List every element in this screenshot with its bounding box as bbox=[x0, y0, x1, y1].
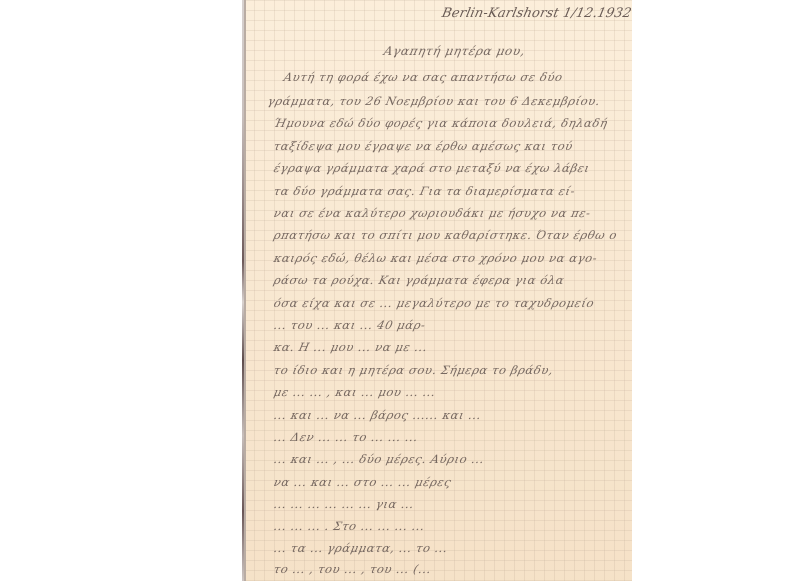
letter-line-13: κα. Η ... μου ... να με ... bbox=[273, 340, 429, 354]
letter-line-21: ... ... ... . Στο ... ... ... ... bbox=[273, 519, 427, 533]
letter-page: Berlin-Karlshorst 1/12.1932 Αγαπητή μητέ… bbox=[244, 0, 632, 581]
letter-line-8: ρπατήσω και το σπίτι μου καθαρίστηκε. Ότ… bbox=[273, 228, 619, 242]
letter-line-20: ... ... ... ... ... ... για ... bbox=[273, 497, 416, 511]
letter-line-1: Αυτή τη φορά έχω να σας απαντήσω σε δύο bbox=[283, 70, 565, 84]
letter-line-2: γράμματα, του 26 Νοεμβρίου και του 6 Δεκ… bbox=[267, 94, 602, 108]
salutation: Αγαπητή μητέρα μου, bbox=[383, 44, 527, 58]
letter-line-16: ... και ... να ... βάρος ...... και ... bbox=[273, 408, 483, 422]
letter-line-6: τα δύο γράμματα σας. Για τα διαμερίσματα… bbox=[273, 184, 577, 198]
place-date: Berlin-Karlshorst 1/12.1932 bbox=[440, 6, 633, 21]
letter-line-11: όσα είχα και σε ... μεγαλύτερο με το ταχ… bbox=[273, 296, 596, 310]
letter-line-18: ... και ... , ... δύο μέρες. Αύριο ... bbox=[273, 452, 486, 466]
letter-line-4: ταξίδεψα μου έγραψε να έρθω αμέσως και τ… bbox=[273, 139, 575, 153]
letter-line-9: καιρός εδώ, θέλω και μέσα στο χρόνο μου … bbox=[273, 251, 599, 265]
letter-line-10: ράσω τα ρούχα. Και γράμματα έφερα για όλ… bbox=[273, 273, 566, 287]
letter-line-3: Ήμουνα εδώ δύο φορές για κάποια δουλειά,… bbox=[273, 116, 610, 130]
letter-line-14: το ίδιο και η μητέρα σου. Σήμερα το βράδ… bbox=[273, 363, 555, 377]
letter-line-15: με ... ... , και ... μου ... ... bbox=[273, 385, 438, 399]
letter-line-12: ... του ... και ... 40 μάρ- bbox=[273, 318, 428, 332]
letter-line-7: ναι σε ένα καλύτερο χωριουδάκι με ήσυχο … bbox=[273, 206, 593, 220]
letter-line-22: ... τα ... γράμματα, ... το ... bbox=[273, 541, 450, 555]
letter-line-23: το ... , του ... , του ... (... bbox=[273, 562, 433, 576]
letter-line-5: έγραψα γράμματα χαρά στο μεταξύ να έχω λ… bbox=[273, 161, 592, 175]
letter-line-17: ... Δεν ... ... το ... ... ... bbox=[273, 430, 420, 444]
letter-line-19: να ... και ... στο ... ... μέρες bbox=[273, 475, 453, 489]
